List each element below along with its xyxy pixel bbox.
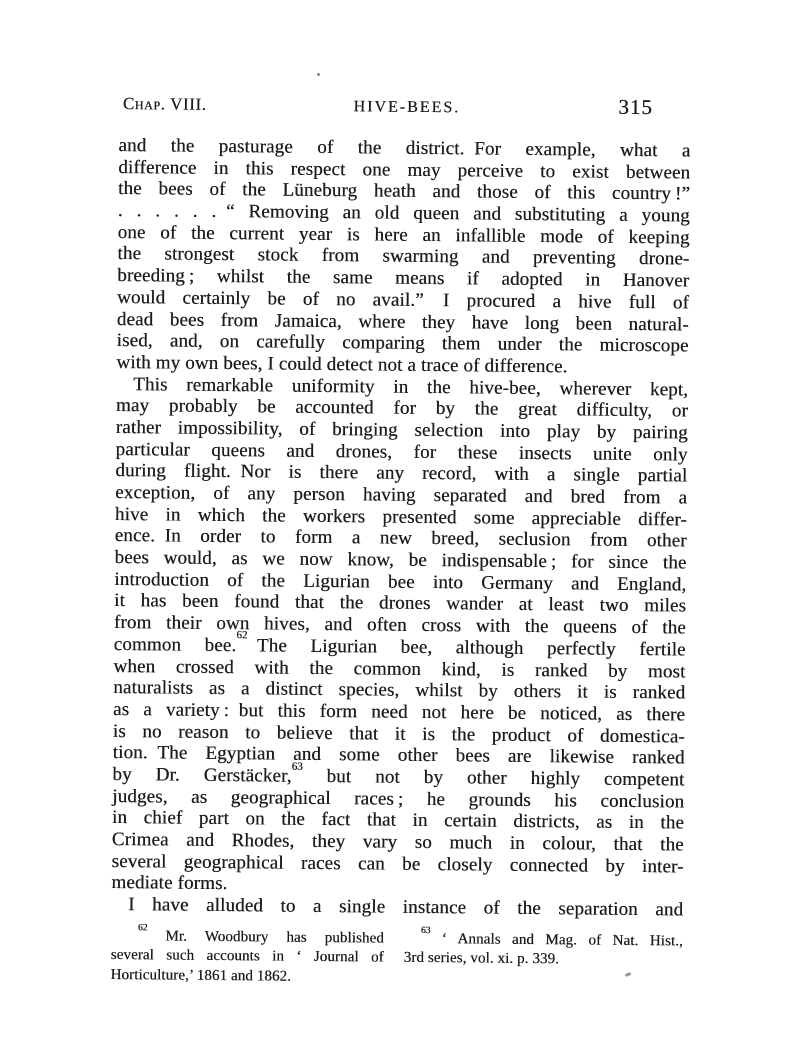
text-line: several such accounts in ‘ Journal of [111,946,384,968]
text-line: I have alluded to a single instance of t… [111,894,683,921]
page-content: Chap. VIII. HIVE-BEES. 315 and the pastu… [110,90,691,991]
paragraph: and the pasturage of the district. For e… [116,135,690,379]
paragraph: This remarkable uniformity in the hive-b… [111,374,688,900]
book-page: Chap. VIII. HIVE-BEES. 315 and the pastu… [0,0,800,1050]
footnotes: 62 Mr. Woodbury has publishedseveral suc… [110,927,683,991]
page-title: HIVE-BEES. [273,97,541,118]
text-line: 63 ‘ Annals and Mag. of Nat. Hist., [404,930,683,952]
page-header: Chap. VIII. HIVE-BEES. 315 [119,90,691,120]
footnote-ref: 63 [292,760,303,772]
footnote-left-column: 62 Mr. Woodbury has publishedseveral suc… [110,927,384,988]
footnote-ref: 62 [236,630,247,642]
scan-speck [317,73,320,76]
footnote-ref: 63 [421,926,431,936]
text-line: Horticulture,’ 1861 and 1862. [110,966,383,988]
paragraph: I have alluded to a single instance of t… [111,894,683,921]
footnote-right-column: 63 ‘ Annals and Mag. of Nat. Hist.,3rd s… [403,930,683,991]
chapter-label: Chap. VIII. [123,94,273,115]
text-line: 62 Mr. Woodbury has published [111,927,384,949]
body-text: and the pasturage of the district. For e… [111,135,690,921]
page-number: 315 [541,94,691,120]
footnote-ref: 62 [138,923,148,933]
text-line: 3rd series, vol. xi. p. 339. [404,949,683,971]
